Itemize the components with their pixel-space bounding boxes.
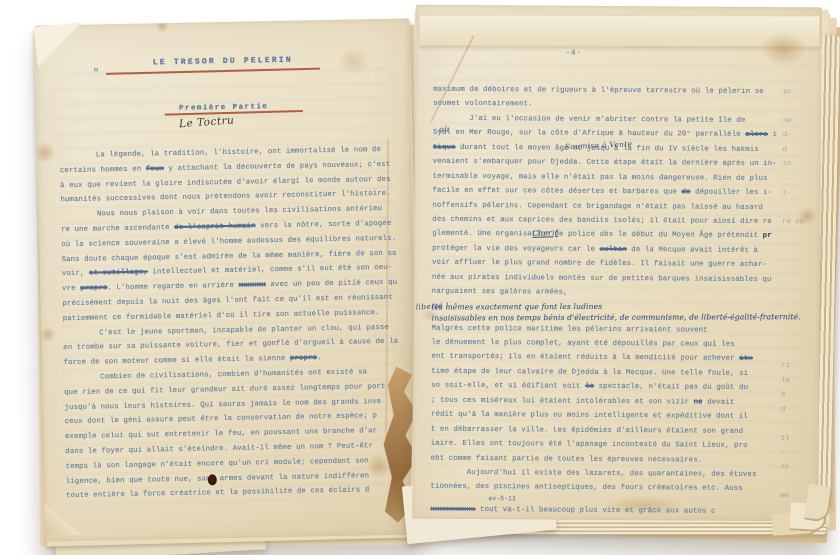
edge-fragment: Il	[781, 432, 821, 447]
handwritten-annotation-liberte: liberté !	[416, 301, 450, 311]
edge-fragment: in	[783, 157, 822, 172]
handwritten-annotation-cherif: Cherif	[532, 228, 558, 238]
edge-fragment	[781, 417, 821, 432]
handwritten-chapter-title: Le Toctru	[179, 114, 235, 130]
left-page: LE TRESOR DU PELERIN M Première Partie L…	[35, 18, 419, 541]
typed-line: xxxxxxxxxx tout va-t-il beaucoup plus vi…	[430, 502, 774, 519]
edge-fragment: d	[781, 403, 821, 418]
edge-fragment: ic	[781, 461, 821, 476]
edge-fragment: re no	[782, 215, 822, 230]
edge-fragment: ne	[783, 114, 822, 129]
edge-fragment	[782, 287, 822, 302]
left-page-text: La légende, la tradition, l'histoire, on…	[59, 143, 402, 505]
edge-fragment: d-	[783, 128, 822, 143]
edge-fragment	[782, 244, 822, 259]
handwritten-annotation-ou: où	[439, 124, 450, 134]
edge-fragment	[782, 316, 822, 331]
manuscript-photo: LE TRESOR DU PELERIN M Première Partie L…	[0, 0, 840, 555]
page-edge-fragments: acned-din-1-re no-rileédIl-icme	[780, 85, 822, 521]
edge-fragment: -	[781, 446, 821, 461]
edge-fragment	[782, 302, 822, 317]
edge-fragment: ac	[783, 85, 822, 100]
edge-fragment	[783, 100, 822, 115]
typed-line: tionnées, des piscines antiseptiques, de…	[430, 480, 774, 497]
edge-fragment	[782, 201, 821, 216]
edge-fragment: 1-	[782, 186, 821, 201]
stain	[35, 137, 60, 168]
edge-fragment: -	[782, 258, 822, 273]
left-manuscript-stack: LE TRESOR DU PELERIN M Première Partie L…	[35, 18, 419, 541]
folded-corner	[41, 501, 82, 536]
stain	[153, 18, 171, 35]
handwritten-interline: les mêmes exactement que font les ludine…	[432, 300, 776, 312]
edge-fragment: -	[783, 172, 822, 187]
handwritten-interline: insaisissables en nos temps bénis d'élec…	[432, 311, 776, 323]
typed-mark: M	[94, 67, 98, 75]
manuscript-title: LE TRESOR DU PELERIN	[153, 56, 293, 68]
edge-fragment: le	[781, 374, 821, 389]
ink-spot	[208, 474, 217, 485]
edge-fragment: é	[781, 388, 821, 403]
typed-line: narguaient ses galères armées,	[432, 285, 776, 302]
page-number: -4-	[565, 50, 582, 58]
edge-fragment	[781, 345, 821, 360]
edge-fragment: d	[783, 143, 822, 158]
edge-fragment: ri	[781, 359, 821, 374]
right-page: -4- maximum de déboires et de rigueurs à…	[412, 5, 822, 522]
right-manuscript-stack: -4- maximum de déboires et de rigueurs à…	[412, 5, 828, 528]
folded-top-edge	[420, 16, 820, 48]
edge-fragment	[782, 273, 822, 288]
edge-fragment	[781, 331, 821, 346]
edge-fragment	[782, 230, 822, 245]
